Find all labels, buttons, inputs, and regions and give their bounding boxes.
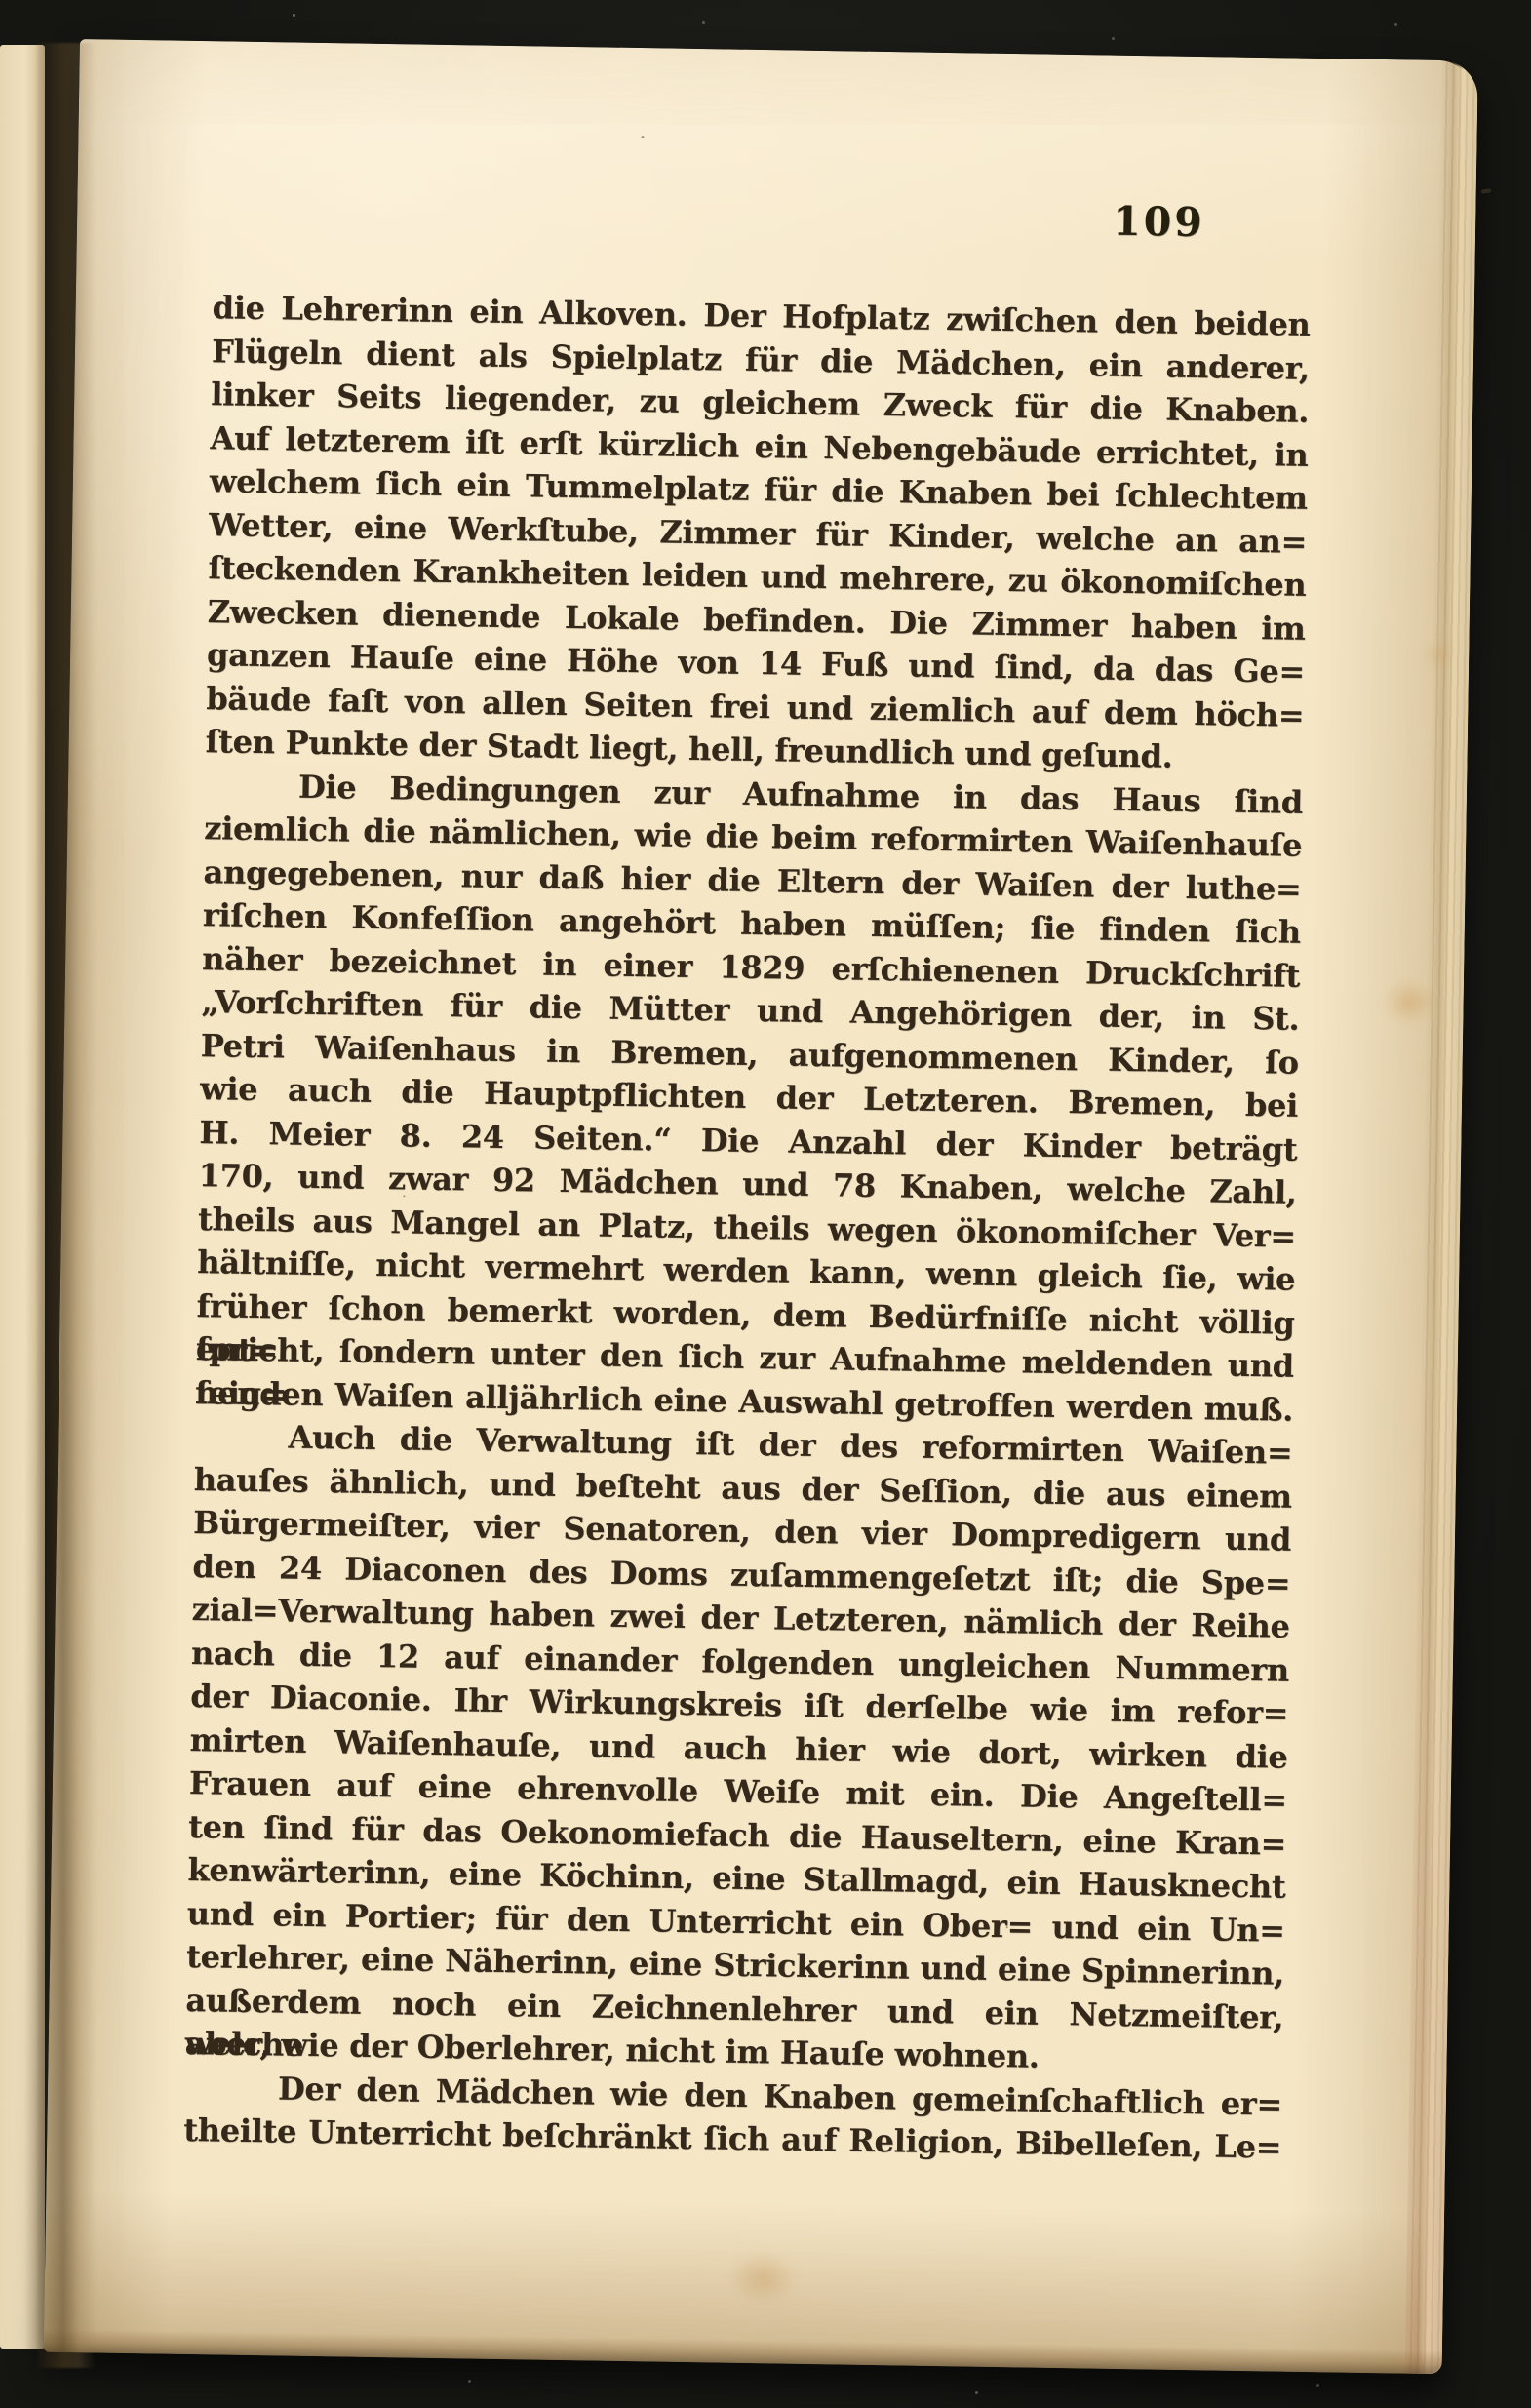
book-page: 109 die Lehrerinn ein Alkoven. Der Hofpl… bbox=[44, 39, 1478, 2374]
ink-speck bbox=[1006, 1926, 1008, 1928]
page-stack-edge bbox=[1405, 60, 1478, 2374]
scan-background: 109 die Lehrerinn ein Alkoven. Der Hofpl… bbox=[0, 0, 1531, 2408]
page-text: die Lehrerinn ein Alkoven. Der Hofplatz … bbox=[183, 286, 1311, 2169]
dust-specks bbox=[293, 14, 295, 17]
gutter-shadow bbox=[37, 43, 96, 2368]
page-bottom-edge bbox=[44, 2329, 1442, 2375]
ink-speck bbox=[403, 1195, 405, 1197]
ink-speck bbox=[641, 136, 644, 138]
fox-stain bbox=[715, 2242, 809, 2315]
page-number: 109 bbox=[1113, 198, 1205, 246]
ink-speck bbox=[1481, 188, 1491, 193]
